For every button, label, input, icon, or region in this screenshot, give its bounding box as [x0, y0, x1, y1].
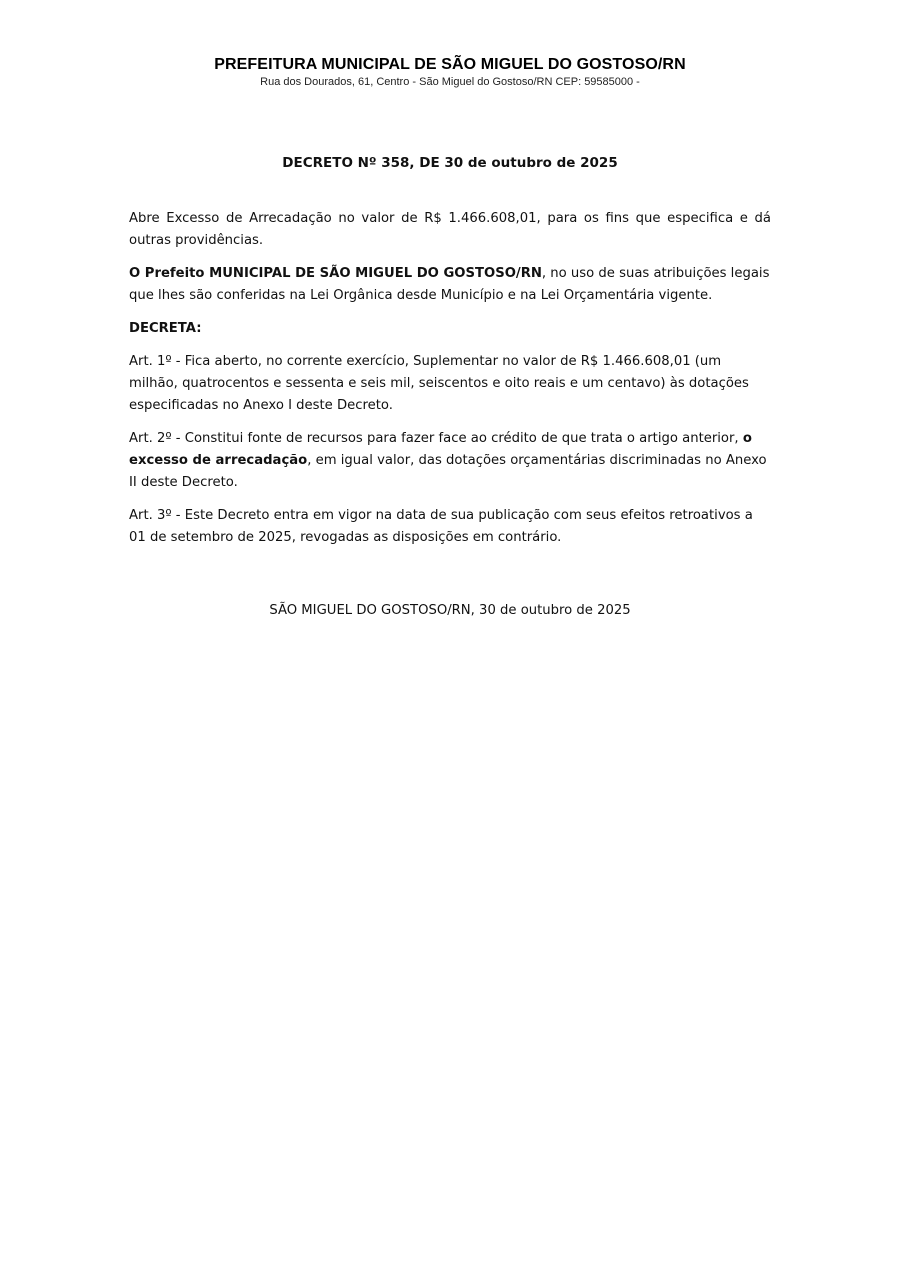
- decreta-heading: DECRETA:: [129, 318, 771, 340]
- article-2: Art. 2º - Constitui fonte de recursos pa…: [129, 428, 771, 494]
- preamble-bold: O Prefeito MUNICIPAL DE SÃO MIGUEL DO GO…: [129, 266, 542, 281]
- municipality-title: PREFEITURA MUNICIPAL DE SÃO MIGUEL DO GO…: [0, 55, 900, 75]
- article-2-start: Art. 2º - Constitui fonte de recursos pa…: [129, 431, 743, 446]
- article-3: Art. 3º - Este Decreto entra em vigor na…: [129, 505, 771, 549]
- place-and-date: SÃO MIGUEL DO GOSTOSO/RN, 30 de outubro …: [0, 600, 900, 622]
- document-page: PREFEITURA MUNICIPAL DE SÃO MIGUEL DO GO…: [0, 0, 900, 1273]
- article-1: Art. 1º - Fica aberto, no corrente exerc…: [129, 351, 771, 417]
- decree-preamble: O Prefeito MUNICIPAL DE SÃO MIGUEL DO GO…: [129, 263, 771, 307]
- municipality-address: Rua dos Dourados, 61, Centro - São Migue…: [0, 75, 900, 89]
- decree-title: DECRETO Nº 358, DE 30 de outubro de 2025: [0, 152, 900, 174]
- letterhead: PREFEITURA MUNICIPAL DE SÃO MIGUEL DO GO…: [0, 55, 900, 89]
- decree-body: Abre Excesso de Arrecadação no valor de …: [129, 208, 771, 560]
- decree-summary: Abre Excesso de Arrecadação no valor de …: [129, 208, 771, 252]
